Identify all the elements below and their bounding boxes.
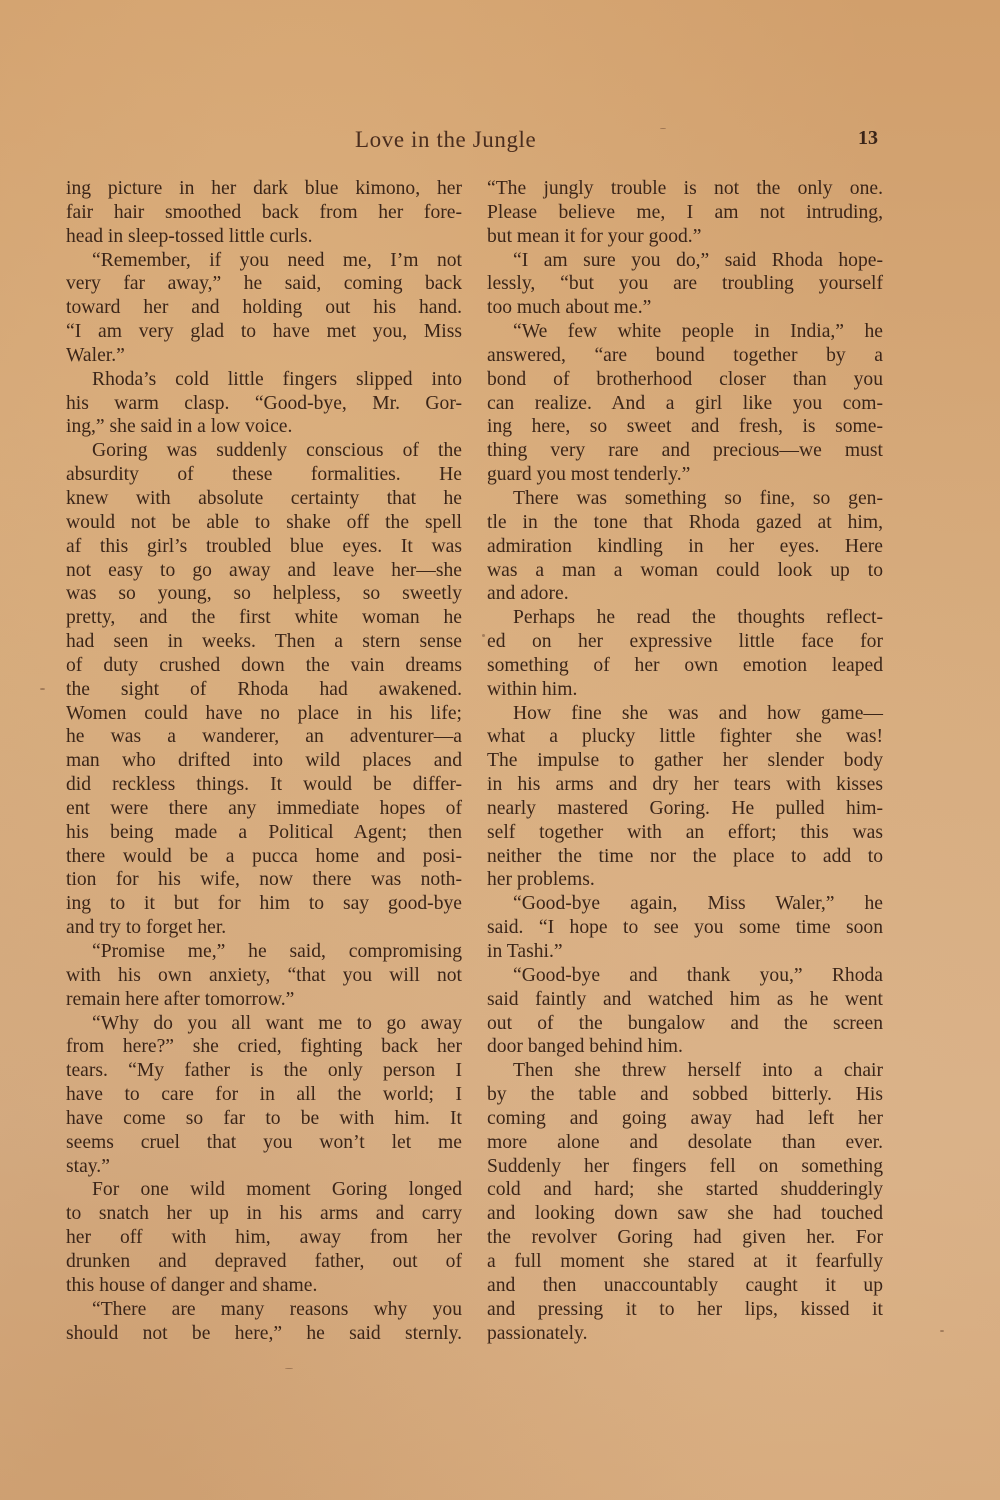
text-line: out of the bungalow and the screen bbox=[487, 1012, 883, 1036]
text-line: How fine she was and how game— bbox=[487, 702, 883, 726]
text-line: and then unaccountably caught it up bbox=[487, 1274, 883, 1298]
text-line: neither the time nor the place to add to bbox=[487, 845, 883, 869]
text-line: her problems. bbox=[487, 868, 883, 892]
text-line: was a man a woman could look up to bbox=[487, 559, 883, 583]
text-line: and looking down saw she had touched bbox=[487, 1202, 883, 1226]
text-line: his being made a Political Agent; then bbox=[66, 821, 462, 845]
text-line: said. “I hope to see you some time soon bbox=[487, 916, 883, 940]
text-line: The impulse to gather her slender body bbox=[487, 749, 883, 773]
text-line: admiration kindling in her eyes. Here bbox=[487, 535, 883, 559]
text-line: drunken and depraved father, out of bbox=[66, 1250, 462, 1274]
text-line: lessly, “but you are troubling yourself bbox=[487, 272, 883, 296]
book-page: Love in the Jungle 13 ing picture in her… bbox=[0, 0, 1000, 1500]
text-line: with his own anxiety, “that you will not bbox=[66, 964, 462, 988]
text-line: would not be able to shake off the spell bbox=[66, 511, 462, 535]
text-line: he was a wanderer, an adventurer—a bbox=[66, 725, 462, 749]
text-line: tears. “My father is the only person I bbox=[66, 1059, 462, 1083]
text-line: have come so far to be with him. It bbox=[66, 1107, 462, 1131]
paper-speck bbox=[660, 128, 666, 129]
paper-speck bbox=[285, 1368, 293, 1369]
running-title: Love in the Jungle bbox=[355, 127, 536, 153]
text-line: by the table and sobbed bitterly. His bbox=[487, 1083, 883, 1107]
text-line: was so young, so helpless, so sweetly bbox=[66, 582, 462, 606]
text-line: “Remember, if you need me, I’m not bbox=[66, 249, 462, 273]
text-line: man who drifted into wild places and bbox=[66, 749, 462, 773]
text-line: head in sleep-tossed little curls. bbox=[66, 225, 462, 249]
text-line: her off with him, away from her bbox=[66, 1226, 462, 1250]
text-line: Rhoda’s cold little fingers slipped into bbox=[66, 368, 462, 392]
text-line: seems cruel that you won’t let me bbox=[66, 1131, 462, 1155]
text-line: ing here, so sweet and fresh, is some- bbox=[487, 415, 883, 439]
text-line: “Why do you all want me to go away bbox=[66, 1012, 462, 1036]
text-line: Perhaps he read the thoughts reflect- bbox=[487, 606, 883, 630]
text-line: Goring was suddenly conscious of the bbox=[66, 439, 462, 463]
text-line: ent were there any immediate hopes of bbox=[66, 797, 462, 821]
text-line: from here?” she cried, fighting back her bbox=[66, 1035, 462, 1059]
text-line: “I am sure you do,” said Rhoda hope- bbox=[487, 249, 883, 273]
text-line: answered, “are bound together by a bbox=[487, 344, 883, 368]
text-line: “Good-bye again, Miss Waler,” he bbox=[487, 892, 883, 916]
text-line: “Good-bye and thank you,” Rhoda bbox=[487, 964, 883, 988]
text-line: pretty, and the first white woman he bbox=[66, 606, 462, 630]
text-line: “There are many reasons why you bbox=[66, 1298, 462, 1322]
text-line: There was something so fine, so gen- bbox=[487, 487, 883, 511]
text-line: there would be a pucca home and posi- bbox=[66, 845, 462, 869]
paper-speck bbox=[940, 1330, 944, 1332]
text-line: fair hair smoothed back from her fore- bbox=[66, 201, 462, 225]
page-number: 13 bbox=[858, 127, 878, 150]
text-line: guard you most tenderly.” bbox=[487, 463, 883, 487]
text-line: coming and going away had left her bbox=[487, 1107, 883, 1131]
text-line: “I am very glad to have met you, Miss bbox=[66, 320, 462, 344]
text-line: For one wild moment Goring longed bbox=[66, 1178, 462, 1202]
paper-speck bbox=[40, 688, 45, 690]
text-line: passionately. bbox=[487, 1322, 883, 1346]
text-line: not easy to go away and leave her—she bbox=[66, 559, 462, 583]
text-line: toward her and holding out his hand. bbox=[66, 296, 462, 320]
text-line: and try to forget her. bbox=[66, 916, 462, 940]
text-line: in Tashi.” bbox=[487, 940, 883, 964]
text-line: Please believe me, I am not intruding, bbox=[487, 201, 883, 225]
text-line: “We few white people in India,” he bbox=[487, 320, 883, 344]
text-line: a full moment she stared at it fearfully bbox=[487, 1250, 883, 1274]
text-line: the revolver Goring had given her. For bbox=[487, 1226, 883, 1250]
text-line: more alone and desolate than ever. bbox=[487, 1131, 883, 1155]
running-header: Love in the Jungle 13 bbox=[60, 127, 890, 157]
text-line: to snatch her up in his arms and carry bbox=[66, 1202, 462, 1226]
text-line: very far away,” he said, coming back bbox=[66, 272, 462, 296]
text-line: and pressing it to her lips, kissed it bbox=[487, 1298, 883, 1322]
text-line: self together with an effort; this was bbox=[487, 821, 883, 845]
text-line: tion for his wife, now there was noth- bbox=[66, 868, 462, 892]
text-line: have to care for in all the world; I bbox=[66, 1083, 462, 1107]
text-line: “The jungly trouble is not the only one. bbox=[487, 177, 883, 201]
text-line: what a plucky little fighter she was! bbox=[487, 725, 883, 749]
text-line: of duty crushed down the vain dreams bbox=[66, 654, 462, 678]
text-line: Waler.” bbox=[66, 344, 462, 368]
text-line: within him. bbox=[487, 678, 883, 702]
text-line: knew with absolute certainty that he bbox=[66, 487, 462, 511]
text-line: stay.” bbox=[66, 1155, 462, 1179]
text-line: the sight of Rhoda had awakened. bbox=[66, 678, 462, 702]
text-line: Then she threw herself into a chair bbox=[487, 1059, 883, 1083]
text-line: can realize. And a girl like you com- bbox=[487, 392, 883, 416]
text-line: bond of brotherhood closer than you bbox=[487, 368, 883, 392]
text-line: absurdity of these formalities. He bbox=[66, 463, 462, 487]
text-line: and adore. bbox=[487, 582, 883, 606]
text-line: tle in the tone that Rhoda gazed at him, bbox=[487, 511, 883, 535]
text-line: ing picture in her dark blue kimono, her bbox=[66, 177, 462, 201]
text-column-right: “The jungly trouble is not the only one.… bbox=[487, 177, 883, 1345]
text-line: should not be here,” he said sternly. bbox=[66, 1322, 462, 1346]
text-line: said faintly and watched him as he went bbox=[487, 988, 883, 1012]
text-line: had seen in weeks. Then a stern sense bbox=[66, 630, 462, 654]
text-line: did reckless things. It would be differ- bbox=[66, 773, 462, 797]
text-line: but mean it for your good.” bbox=[487, 225, 883, 249]
text-line: his warm clasp. “Good-bye, Mr. Gor- bbox=[66, 392, 462, 416]
text-line: too much about me.” bbox=[487, 296, 883, 320]
text-line: cold and hard; she started shudderingly bbox=[487, 1178, 883, 1202]
text-line: Suddenly her fingers fell on something bbox=[487, 1155, 883, 1179]
text-line: remain here after tomorrow.” bbox=[66, 988, 462, 1012]
text-line: Women could have no place in his life; bbox=[66, 702, 462, 726]
text-line: nearly mastered Goring. He pulled him- bbox=[487, 797, 883, 821]
text-line: something of her own emotion leaped bbox=[487, 654, 883, 678]
text-column-left: ing picture in her dark blue kimono, her… bbox=[66, 177, 462, 1345]
text-line: “Promise me,” he said, compromising bbox=[66, 940, 462, 964]
text-line: ing to it but for him to say good-bye bbox=[66, 892, 462, 916]
text-line: af this girl’s troubled blue eyes. It wa… bbox=[66, 535, 462, 559]
text-line: in his arms and dry her tears with kisse… bbox=[487, 773, 883, 797]
paper-speck bbox=[482, 634, 485, 637]
text-line: this house of danger and shame. bbox=[66, 1274, 462, 1298]
text-line: door banged behind him. bbox=[487, 1035, 883, 1059]
text-line: ed on her expressive little face for bbox=[487, 630, 883, 654]
text-line: thing very rare and precious—we must bbox=[487, 439, 883, 463]
text-line: ing,” she said in a low voice. bbox=[66, 415, 462, 439]
